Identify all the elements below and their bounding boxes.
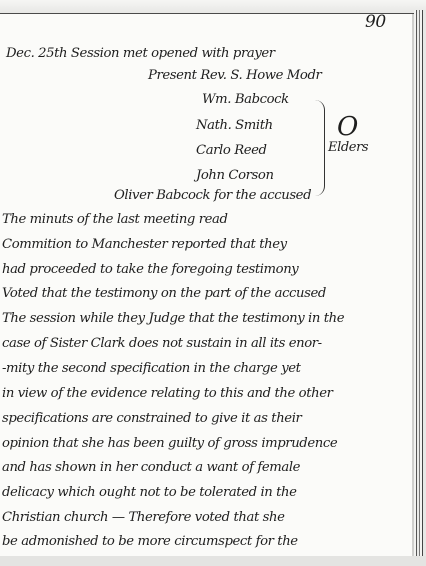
- elders-label: Elders: [328, 140, 368, 155]
- body-line: -mity the second specification in the ch…: [2, 361, 301, 376]
- scanned-page: 90 Dec. 25th Session met opened with pra…: [0, 0, 426, 566]
- body-line: be admonished to be more circumspect for…: [2, 534, 298, 549]
- bottom-margin-strip: [0, 556, 426, 566]
- accused-line: Oliver Babcock for the accused: [114, 188, 311, 203]
- body-line: and has shown in her conduct a want of f…: [2, 460, 300, 475]
- page-number: 90: [365, 12, 386, 32]
- body-line: case of Sister Clark does not sustain in…: [2, 336, 322, 351]
- member-name: John Corson: [196, 168, 274, 183]
- body-line: Christian church — Therefore voted that …: [2, 510, 285, 525]
- body-line: The minuts of the last meeting read: [2, 212, 228, 227]
- body-line: opinion that she has been guilty of gros…: [2, 436, 337, 451]
- present-line: Present Rev. S. Howe Modr: [148, 68, 321, 83]
- body-line: in view of the evidence relating to this…: [2, 386, 333, 401]
- book-binding-edge: [414, 10, 426, 558]
- top-margin-strip: [0, 0, 426, 14]
- opening-line: Dec. 25th Session met opened with prayer: [6, 46, 275, 61]
- body-line: specifications are constrained to give i…: [2, 411, 301, 426]
- member-name: Wm. Babcock: [202, 92, 289, 107]
- body-line: Commition to Manchester reported that th…: [2, 237, 287, 252]
- member-name: Nath. Smith: [196, 118, 273, 133]
- body-line: delicacy which ought not to be tolerated…: [2, 485, 297, 500]
- body-line: Voted that the testimony on the part of …: [2, 286, 326, 301]
- elders-brace: [314, 100, 325, 196]
- elders-mark: O: [337, 112, 358, 142]
- body-line: The session while they Judge that the te…: [2, 311, 344, 326]
- body-line: had proceeded to take the foregoing test…: [2, 262, 298, 277]
- member-name: Carlo Reed: [196, 143, 267, 158]
